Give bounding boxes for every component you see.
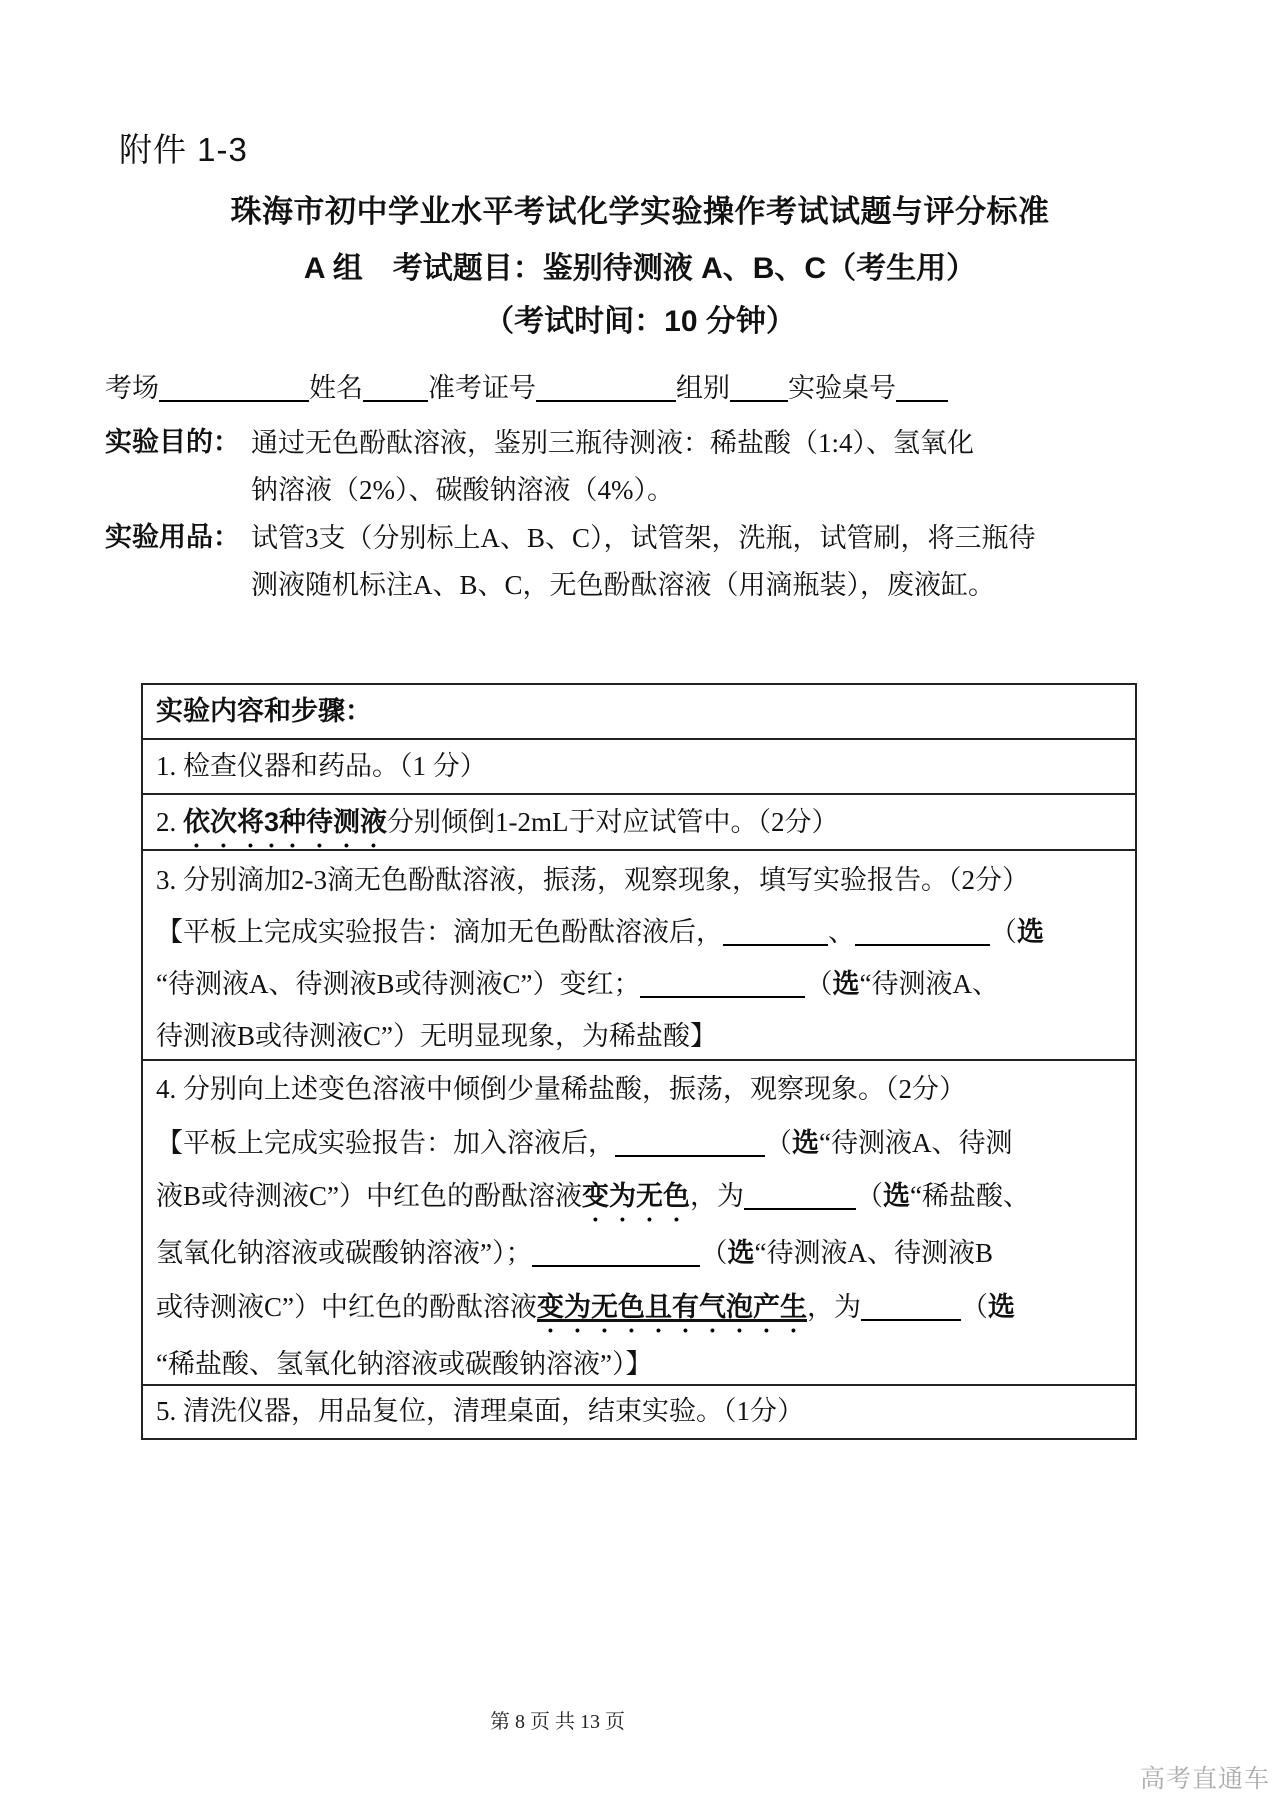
steps-table: 实验内容和步骤： 1. 检查仪器和药品。（1 分） 2. 依次将3种待测液分别倾…: [141, 683, 1137, 1440]
step-4-options-tail: “待测液A、待测: [819, 1128, 1012, 1158]
exam-room-label: 考场: [105, 373, 159, 403]
purpose-line-2: 钠溶液（2%）、碳酸钠溶液（4%）。: [251, 467, 974, 514]
exam-time-note: （考试时间：10 分钟）: [0, 296, 1280, 340]
step-2-prefix: 2.: [156, 807, 183, 837]
candidate-info-line: 考场姓名准考证号组别实验桌号: [105, 366, 948, 405]
purpose-line-1: 通过无色酚酞溶液，鉴别三瓶待测液：稀盐酸（1:4）、氢氧化: [251, 420, 974, 467]
step-4-mid: ，为: [807, 1292, 861, 1322]
group-label: 组别: [676, 373, 730, 403]
ticket-label: 准考证号: [428, 373, 536, 403]
step-4-line-2: 【平板上完成实验报告：加入溶液后，（选“待测液A、待测: [156, 1117, 1123, 1171]
step-4-text: 或待测液C”）中红色的酚酞溶液: [156, 1292, 537, 1322]
step-4-options-tail: “待测液A、待测液B: [754, 1238, 993, 1268]
supplies-label: 实验用品：: [105, 515, 251, 554]
supplies-line-1: 试管3支（分别标上A、B、C），试管架，洗瓶，试管刷，将三瓶待: [251, 515, 1036, 562]
step-2-emphasized: 依次将3种待测液: [183, 807, 387, 837]
step-row-5: 5. 清洗仪器，用品复位，清理桌面，结束实验。（1分）: [143, 1386, 1135, 1438]
paren: （: [990, 917, 1017, 947]
experiment-purpose: 实验目的： 通过无色酚酞溶液，鉴别三瓶待测液：稀盐酸（1:4）、氢氧化 钠溶液（…: [105, 420, 1165, 514]
report-blank: [855, 917, 990, 946]
step-3-report-text: 【平板上完成实验报告：滴加无色酚酞溶液后，: [156, 917, 723, 947]
paren: （: [805, 969, 832, 999]
supplies-line-2: 测液随机标注A、B、C，无色酚酞溶液（用滴瓶装），废液缸。: [251, 562, 1036, 609]
step-row-4: 4. 分别向上述变色溶液中倾倒少量稀盐酸，振荡，观察现象。（2分） 【平板上完成…: [143, 1061, 1135, 1386]
step-row-2: 2. 依次将3种待测液分别倾倒1-2mL于对应试管中。（2分）: [143, 795, 1135, 851]
attachment-label: 附件 1-3: [119, 124, 248, 171]
report-blank: [744, 1181, 856, 1210]
choose-label: 选: [883, 1181, 910, 1211]
step-4-text: 液B或待测液C”）中红色的酚酞溶液: [156, 1181, 582, 1211]
paren: （: [961, 1292, 988, 1322]
step-4-mid: ，为: [690, 1181, 744, 1211]
report-blank: [615, 1128, 765, 1157]
table-header-row: 实验内容和步骤：: [143, 685, 1135, 740]
step-4-line-4: 氢氧化钠溶液或碳酸钠溶液”）；（选“待测液A、待测液B: [156, 1227, 1123, 1281]
exam-group-label: A 组: [304, 252, 363, 285]
step-3-line-1: 3. 分别滴加2-3滴无色酚酞溶液，振荡，观察现象，填写实验报告。（2分）: [156, 854, 1123, 906]
paren: （: [700, 1238, 727, 1268]
choose-label: 选: [792, 1128, 819, 1158]
experiment-supplies: 实验用品： 试管3支（分别标上A、B、C），试管架，洗瓶，试管刷，将三瓶待 测液…: [105, 515, 1185, 609]
step-3-comma: 、: [828, 917, 855, 947]
report-blank: [723, 917, 828, 946]
step-row-1: 1. 检查仪器和药品。（1 分）: [143, 740, 1135, 795]
report-blank: [532, 1238, 700, 1267]
desk-label: 实验桌号: [788, 373, 896, 403]
step-4-line-5: 或待测液C”）中红色的酚酞溶液变为无色且有气泡产生，为（选: [156, 1281, 1123, 1338]
step-3-line-2: 【平板上完成实验报告：滴加无色酚酞溶液后，、（选: [156, 906, 1123, 958]
step-4-report-text: 【平板上完成实验报告：加入溶液后，: [156, 1128, 615, 1158]
name-blank: [363, 373, 428, 402]
step-4-line-1: 4. 分别向上述变色溶液中倾倒少量稀盐酸，振荡，观察现象。（2分）: [156, 1063, 1123, 1117]
watermark-text: 高考直通车: [1140, 1759, 1270, 1795]
report-blank: [640, 969, 805, 998]
step-4-line-6: “稀盐酸、氢氧化钠溶液或碳酸钠溶液”）】: [156, 1338, 1123, 1387]
choose-label: 选: [832, 969, 859, 999]
step-3-line-4: 待测液B或待测液C”）无明显现象，为稀盐酸】: [156, 1010, 1123, 1061]
ticket-blank: [536, 373, 676, 402]
supplies-text: 试管3支（分别标上A、B、C），试管架，洗瓶，试管刷，将三瓶待 测液随机标注A、…: [251, 515, 1036, 609]
step-3-line-3: “待测液A、待测液B或待测液C”）变红；（选“待测液A、: [156, 958, 1123, 1010]
emphasized-colorless: 变为无色: [582, 1181, 690, 1211]
page-number-footer: 第 8 页 共 13 页: [0, 1705, 1115, 1734]
purpose-label: 实验目的：: [105, 420, 251, 459]
report-blank: [861, 1292, 961, 1321]
choose-label: 选: [988, 1292, 1015, 1322]
paren: （: [856, 1181, 883, 1211]
exam-room-blank: [159, 373, 309, 402]
step-4-text: 氢氧化钠溶液或碳酸钠溶液”）；: [156, 1238, 532, 1268]
choose-label: 选: [727, 1238, 754, 1268]
step-3-options-text: “待测液A、待测液B或待测液C”）变红；: [156, 969, 640, 999]
step-2-rest: 分别倾倒1-2mL于对应试管中。（2分）: [387, 807, 839, 837]
page-title: 珠海市初中学业水平考试化学实验操作考试试题与评分标准: [0, 186, 1280, 231]
exam-subtitle: A 组考试题目：鉴别待测液 A、B、C（考生用）: [0, 243, 1280, 287]
step-4-options-tail: “稀盐酸、: [910, 1181, 1030, 1211]
emphasized-colorless-bubbles: 变为无色且有气泡产生: [537, 1292, 807, 1322]
group-blank: [730, 373, 788, 402]
exam-title: 考试题目：鉴别待测液 A、B、C（考生用）: [393, 252, 976, 285]
step-4-line-3: 液B或待测液C”）中红色的酚酞溶液变为无色，为（选“稀盐酸、: [156, 1170, 1123, 1227]
paren: （: [765, 1128, 792, 1158]
step-row-3: 3. 分别滴加2-3滴无色酚酞溶液，振荡，观察现象，填写实验报告。（2分） 【平…: [143, 851, 1135, 1061]
desk-blank: [896, 373, 948, 402]
name-label: 姓名: [309, 373, 363, 403]
choose-label: 选: [1017, 917, 1044, 947]
step-3-options-tail: “待测液A、: [859, 969, 998, 999]
purpose-text: 通过无色酚酞溶液，鉴别三瓶待测液：稀盐酸（1:4）、氢氧化 钠溶液（2%）、碳酸…: [251, 420, 974, 514]
